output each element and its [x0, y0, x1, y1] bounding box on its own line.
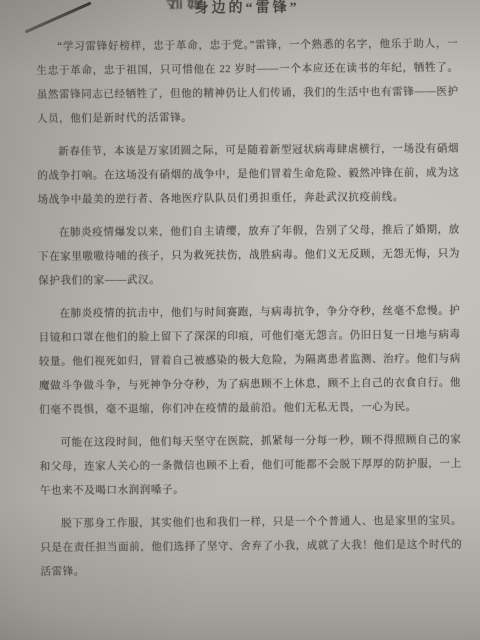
essay-paragraph-2: 新春佳节，本该是万家团圆之际，可是随着新型冠状病毒肆虐横行，一场没有硝烟的战争打… [37, 137, 460, 212]
essay-paragraph-1: “学习雷锋好榜样，忠于革命，忠于党。”雷锋，一个熟悉的名字，他乐于助人，一生忠于… [36, 32, 459, 131]
essay-page: 身边的“雷锋” “学习雷锋好榜样，忠于革命，忠于党。”雷锋，一个熟悉的名字，他乐… [36, 0, 463, 594]
essay-paragraph-3: 在肺炎疫情爆发以来，他们自主请缨，放弃了年假，告别了父母，推后了婚期，放下在家里… [38, 218, 461, 293]
essay-paragraph-5: 可能在这段时间，他们每天坚守在医院，抓紧每一分每一秒，顾不得照顾自己的家和父母，… [39, 428, 462, 503]
essay-paragraph-6: 脱下那身工作服，其实他们也和我们一样，只是一个个普通人、也是家里的宝贝。只是在责… [40, 509, 463, 584]
essay-paragraph-4: 在肺炎疫情的抗击中，他们与时间赛跑，与病毒抗争，争分夺秒，丝毫不怠慢。护目镜和口… [38, 299, 461, 422]
photographed-document: 刘媒 身边的“雷锋” “学习雷锋好榜样，忠于革命，忠于党。”雷锋，一个熟悉的名字… [0, 0, 480, 640]
essay-title: 身边的“雷锋” [36, 0, 458, 19]
